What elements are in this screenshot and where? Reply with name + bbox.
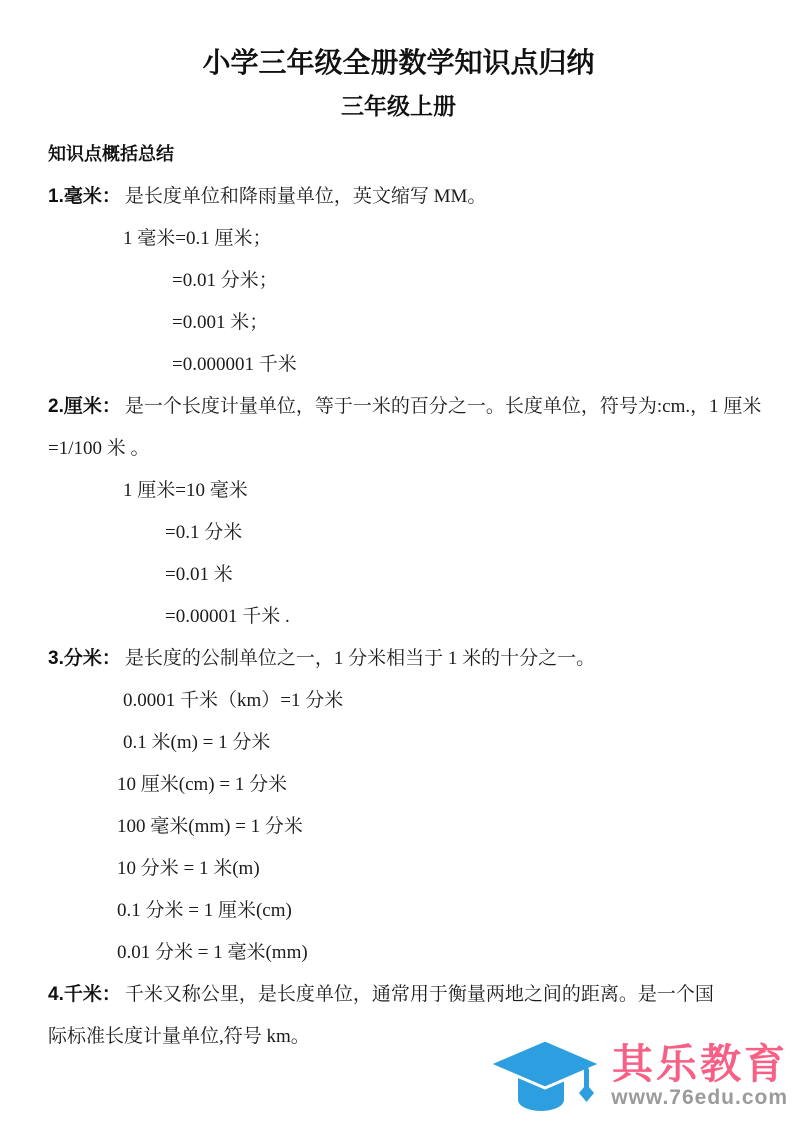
formula-line: =0.1 分米 [48,512,749,554]
section-2-intro-text: 是一个长度计量单位，等于一米的百分之一。长度单位，符号为:cm.，1 厘米 [125,396,762,417]
formula-line: =0.00001 千米 . [48,596,749,638]
section-4-intro-text: 千米又称公里，是长度单位，通常用于衡量两地之间的距离。是一个国 [125,984,714,1005]
formula-line: 0.0001 千米（km）=1 分米 [48,680,749,722]
formula-line: 10 分米 = 1 米(m) [48,848,749,890]
formula-line: =0.01 米 [48,554,749,596]
formula-line: 0.1 分米 = 1 厘米(cm) [48,890,749,932]
knowledge-summary-heading: 知识点概括总结 [48,140,749,168]
formula-line: =0.001 米； [48,302,749,344]
section-3-label: 3.分米： [48,648,121,669]
brand-name: 其乐教育 [612,1042,788,1086]
doc-title: 小学三年级全册数学知识点归纳 [48,0,749,82]
section-2-label: 2.厘米： [48,396,121,417]
section-1-intro: 1.毫米：是长度单位和降雨量单位，英文缩写 MM。 [48,176,749,218]
document-body: 1.毫米：是长度单位和降雨量单位，英文缩写 MM。 1 毫米=0.1 厘米； =… [48,176,749,1058]
brand-url: www.76edu.com [611,1086,788,1110]
section-2-intro: 2.厘米：是一个长度计量单位，等于一米的百分之一。长度单位，符号为:cm.，1 … [48,386,749,428]
brand-footer: 其乐教育 www.76edu.com [485,1036,788,1120]
graduation-cap-icon [485,1036,611,1120]
formula-line: 0.1 米(m) = 1 分米 [48,722,749,764]
section-4-label: 4.千米： [48,984,121,1005]
formula-line: 1 毫米=0.1 厘米； [48,218,749,260]
brand-text-block: 其乐教育 www.76edu.com [611,1036,788,1110]
section-4-intro: 4.千米：千米又称公里，是长度单位，通常用于衡量两地之间的距离。是一个国 [48,974,749,1016]
section-3-intro-text: 是长度的公制单位之一，1 分米相当于 1 米的十分之一。 [125,648,595,669]
formula-line: 10 厘米(cm) = 1 分米 [48,764,749,806]
doc-subtitle: 三年级上册 [48,90,749,122]
formula-line: 1 厘米=10 毫米 [48,470,749,512]
section-1-intro-text: 是长度单位和降雨量单位，英文缩写 MM。 [125,186,487,207]
formula-line: =0.01 分米； [48,260,749,302]
formula-line: 0.01 分米 = 1 毫米(mm) [48,932,749,974]
formula-line: =0.000001 千米 [48,344,749,386]
section-2-intro-cont: =1/100 米 。 [48,428,749,470]
section-1-label: 1.毫米： [48,186,121,207]
document-content: 小学三年级全册数学知识点归纳 三年级上册 知识点概括总结 1.毫米：是长度单位和… [0,0,793,1058]
document-page: 小学三年级全册数学知识点归纳 三年级上册 知识点概括总结 1.毫米：是长度单位和… [0,0,793,1122]
section-3-intro: 3.分米：是长度的公制单位之一，1 分米相当于 1 米的十分之一。 [48,638,749,680]
formula-line: 100 毫米(mm) = 1 分米 [48,806,749,848]
